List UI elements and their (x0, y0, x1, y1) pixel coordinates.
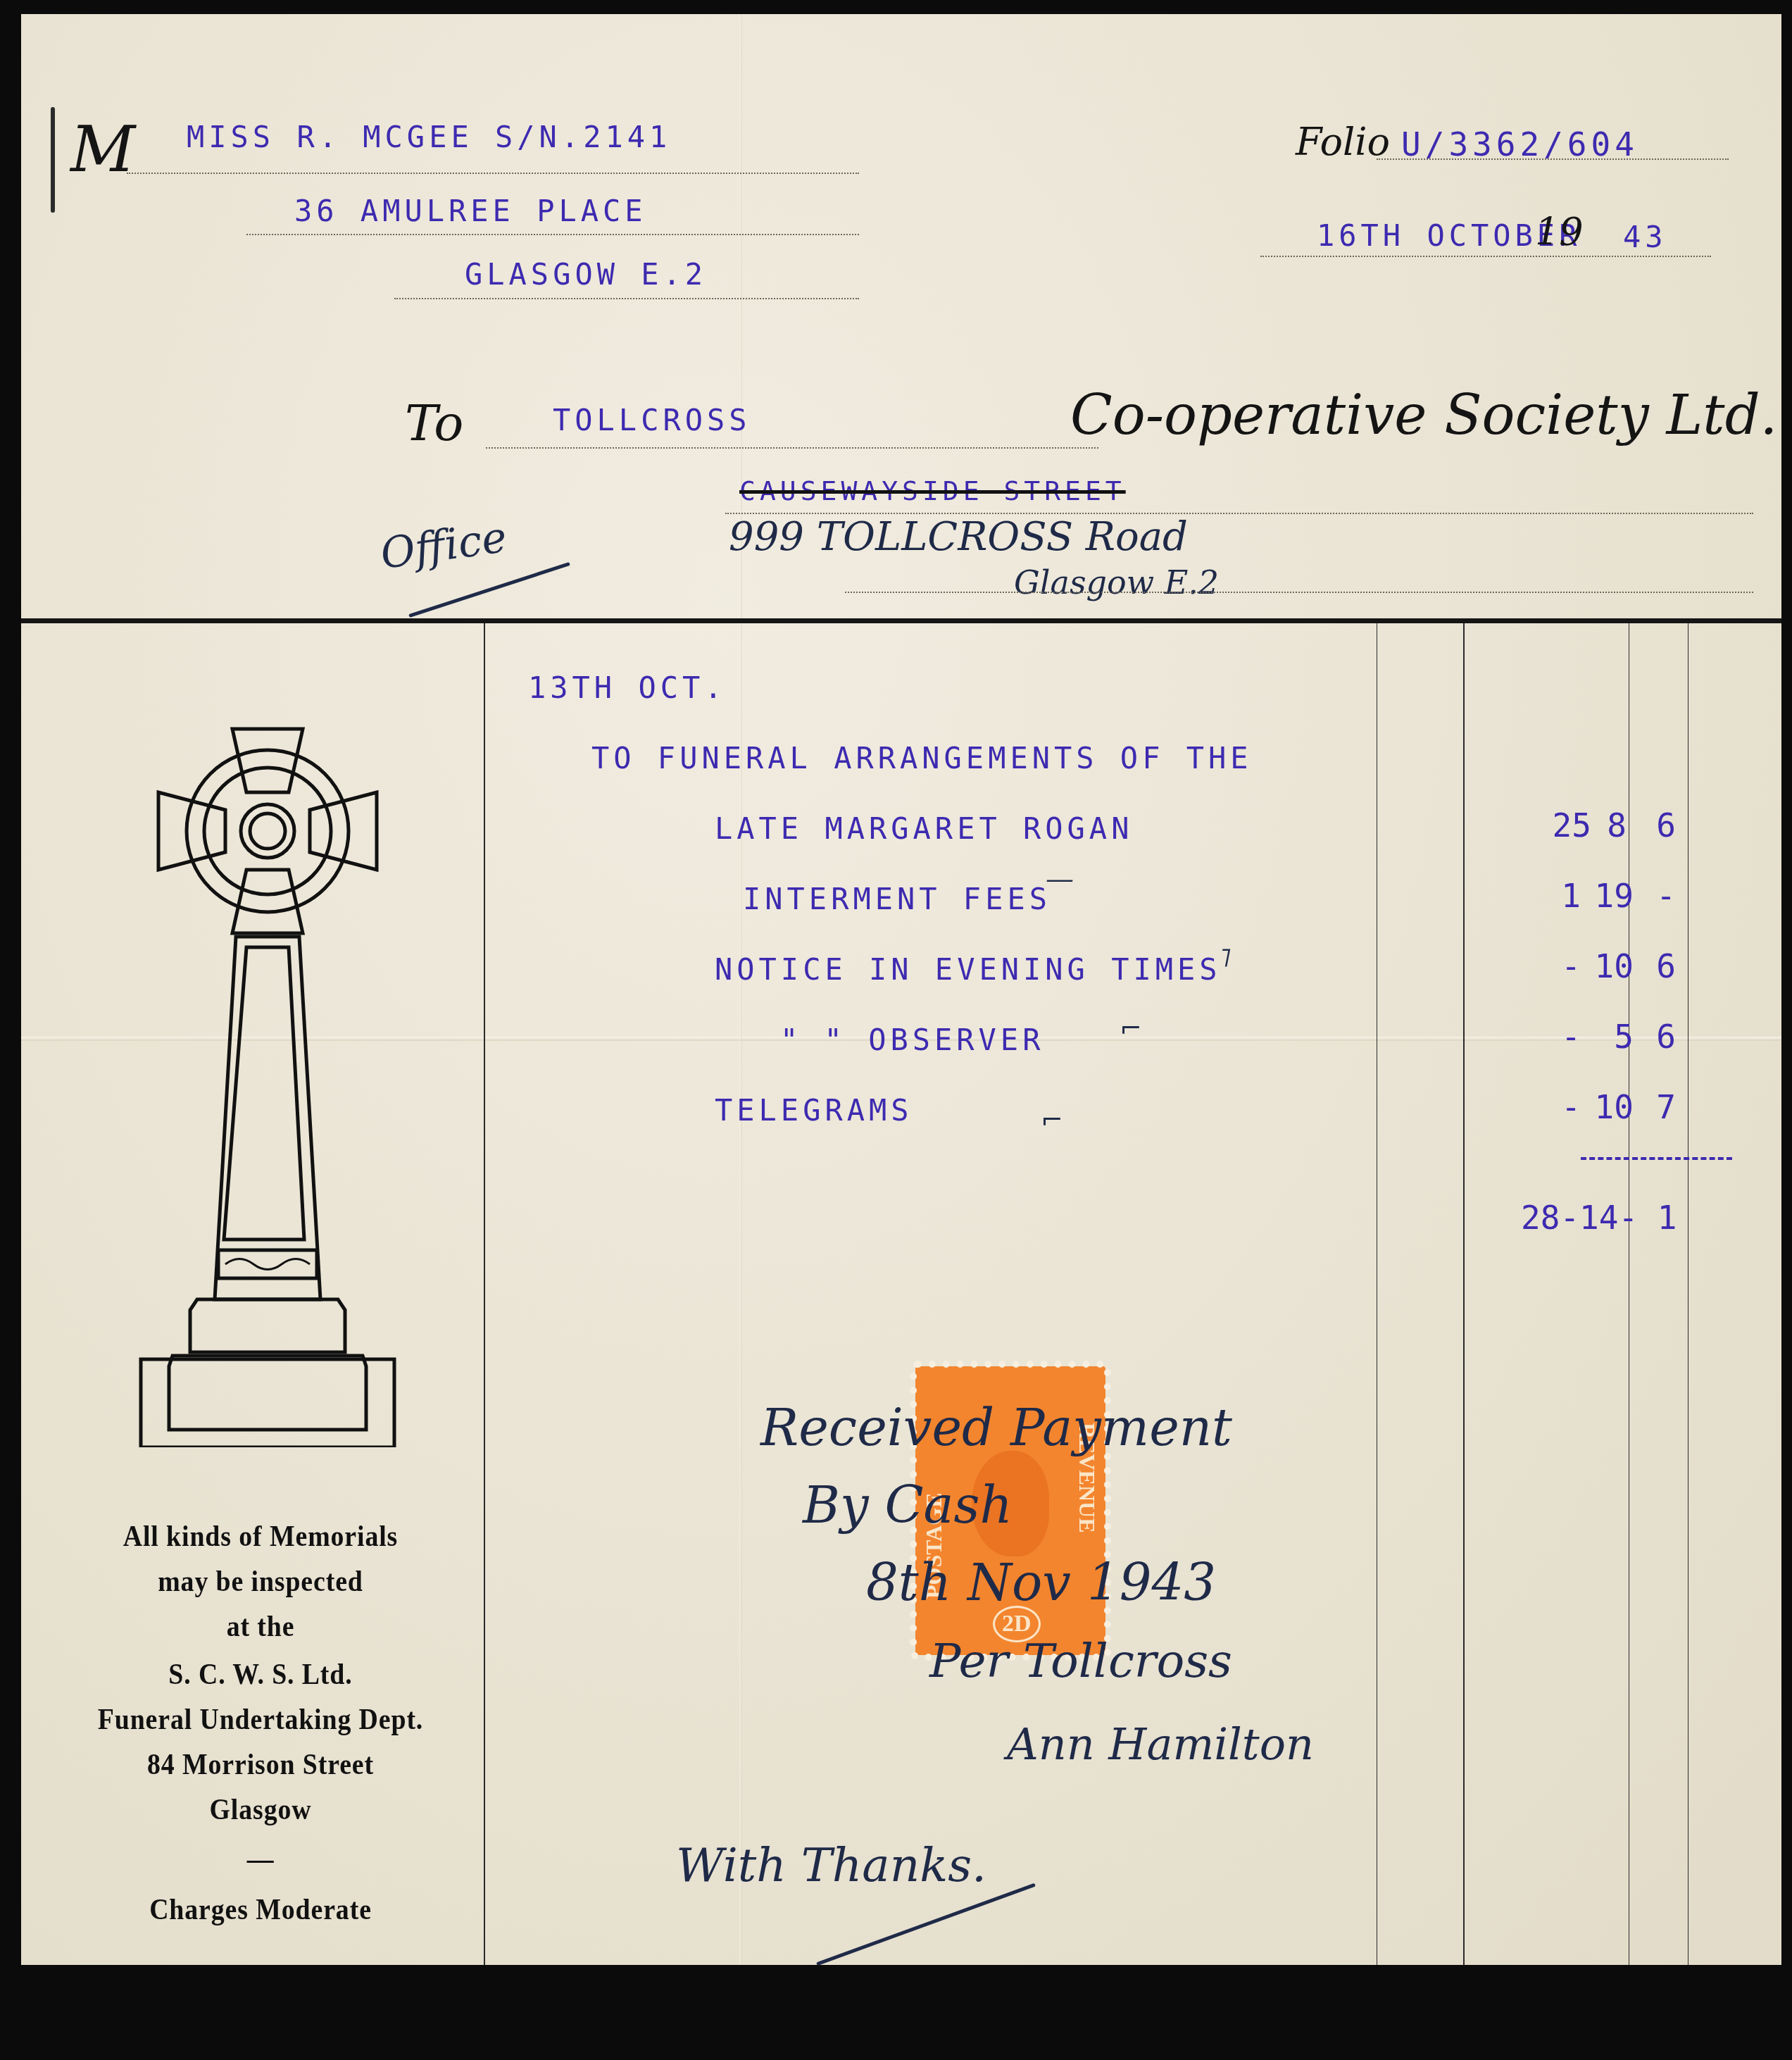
receipt-thanks: With Thanks. (676, 1838, 986, 1892)
advert-divider: — (83, 1837, 438, 1882)
rule (845, 592, 1753, 593)
invoice-year-suffix: 43 (1623, 220, 1667, 254)
rule (486, 447, 1098, 449)
column-line (1463, 623, 1465, 1965)
line-pence: - (1634, 877, 1676, 915)
paper-fold (739, 14, 742, 1965)
column-line (484, 623, 485, 1965)
invoice-year-prefix: 19 (1535, 210, 1584, 254)
pen-stroke (816, 1883, 1036, 1965)
customer-name: MISS R. MCGEE S/N.2141 (187, 120, 671, 154)
column-line (1377, 623, 1377, 1965)
rule (1377, 158, 1729, 160)
new-city-handwritten: Glasgow E.2 (1014, 563, 1219, 601)
advert-line: may be inspected (83, 1559, 438, 1604)
margin-note-handwritten: Office (377, 513, 510, 579)
receipt-line4: Per Tollcross (929, 1634, 1232, 1688)
line-shillings: 5 (1570, 1018, 1634, 1056)
rule (394, 298, 859, 299)
customer-address-line2: GLASGOW E.2 (465, 257, 707, 292)
advert-line: Charges Moderate (83, 1887, 438, 1933)
society-name: TOLLCROSS (553, 403, 751, 437)
advert-line: All kinds of Memorials (83, 1514, 438, 1559)
line-pence: 6 (1634, 1018, 1676, 1056)
tick-mark: — (1046, 863, 1074, 895)
memorial-advert: All kinds of Memorials may be inspected … (63, 1514, 458, 1933)
rule (246, 234, 859, 235)
tick-mark: ⌐ (1041, 1104, 1063, 1135)
line-shillings: 10 (1570, 947, 1634, 985)
tick-mark: ˥ (1218, 942, 1232, 973)
new-address-handwritten: 999 TOLLCROSS Road (729, 514, 1188, 560)
invoice-paper: M MISS R. MCGEE S/N.2141 36 AMULREE PLAC… (21, 14, 1781, 1965)
tick-mark: ⌐ (1120, 1013, 1142, 1044)
advert-line: S. C. W. S. Ltd. (83, 1652, 438, 1697)
line-shillings: 19 (1570, 877, 1634, 915)
salutation-prefix: M (70, 113, 135, 187)
advert-line: 84 Morrison Street (83, 1742, 438, 1787)
to-label: To (405, 394, 463, 452)
old-address-struck: CAUSEWAYSIDE STREET (739, 475, 1126, 506)
celtic-cross-memorial-icon (120, 715, 415, 1447)
advert-line: Glasgow (83, 1787, 438, 1833)
line-shillings: 10 (1570, 1088, 1634, 1126)
advert-line: Funeral Undertaking Dept. (83, 1697, 438, 1742)
society-suffix: Co-operative Society Ltd. (1070, 384, 1777, 447)
advert-line: at the (83, 1604, 438, 1649)
column-line (1688, 623, 1688, 1965)
line-shillings: 8 (1577, 806, 1627, 844)
line-pence: 6 (1634, 806, 1676, 844)
receipt-line1: Received Payment (760, 1398, 1232, 1457)
rule (1260, 256, 1711, 257)
line-pence: 6 (1634, 947, 1676, 985)
customer-address-line1: 36 AMULREE PLACE (294, 194, 647, 228)
invoice-total: 28-14- 1 (1521, 1199, 1690, 1237)
receipt-line3: 8th Nov 1943 (866, 1553, 1216, 1612)
folio-label: Folio (1296, 120, 1390, 164)
line-description: INTERMENT FEES (743, 882, 1051, 916)
rule (127, 173, 859, 174)
total-rule (1581, 1157, 1732, 1160)
column-line (1629, 623, 1629, 1965)
receipt-line2: By Cash (803, 1475, 1013, 1535)
entry-date: 13TH OCT. (528, 670, 727, 705)
line-description: NOTICE IN EVENING TIMES (715, 952, 1222, 987)
line-description: " " OBSERVER (780, 1023, 1044, 1057)
line-pence: 7 (1634, 1088, 1676, 1126)
line-description: TO FUNERAL ARRANGEMENTS OF THE (591, 741, 1253, 775)
receipt-signature: Ann Hamilton (1007, 1718, 1314, 1770)
line-description: LATE MARGARET ROGAN (715, 811, 1133, 846)
line-description: TELEGRAMS (715, 1093, 913, 1128)
folio-number: U/3362/604 (1401, 125, 1639, 163)
staple-icon (51, 107, 55, 213)
section-divider (21, 618, 1781, 623)
